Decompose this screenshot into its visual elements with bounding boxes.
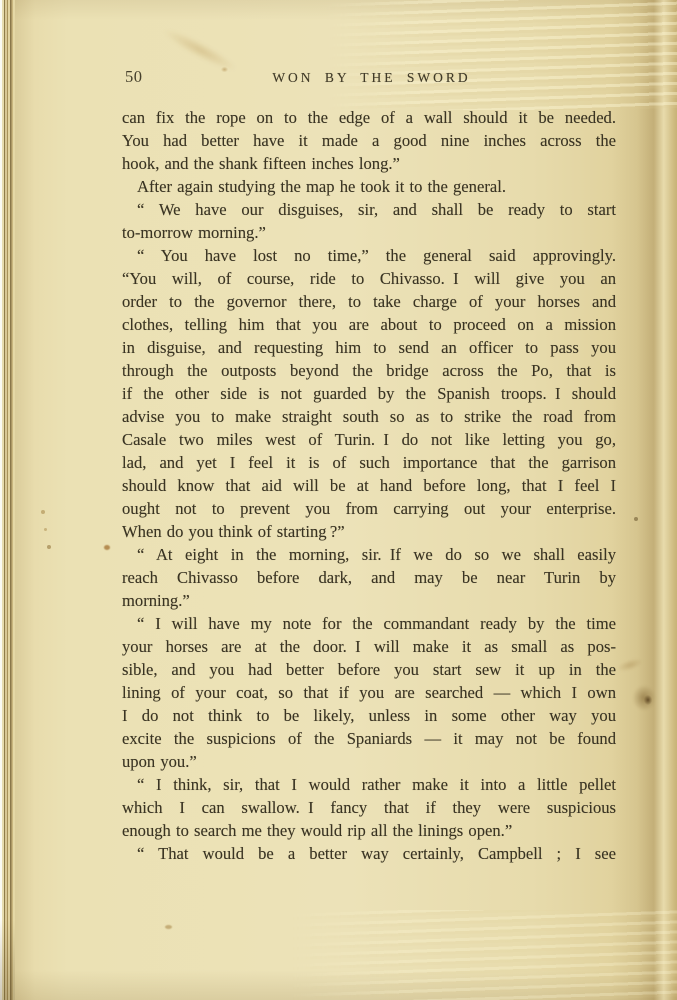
text-line: “ You have lost no time,” the general sa… <box>122 244 616 267</box>
margin-speck <box>104 545 110 550</box>
text-line: “ At eight in the morning, sir. If we do… <box>122 543 616 566</box>
text-line: advise you to make straight south so as … <box>122 405 616 428</box>
text-line: When do you think of starting ?” <box>122 520 616 543</box>
text-line: can fix the rope on to the edge of a wal… <box>122 106 616 129</box>
text-line: your horses are at the door. I will make… <box>122 635 616 658</box>
scan-streaks-bottom-right <box>290 910 677 1000</box>
margin-speck <box>634 517 638 521</box>
text-line: sible, and you had better before you sta… <box>122 658 616 681</box>
margin-speck <box>44 528 47 531</box>
text-line: which I can swallow. I fancy that if the… <box>122 796 616 819</box>
margin-speck <box>47 545 51 549</box>
book-edge-pages-left <box>0 0 15 1000</box>
text-line: reach Chivasso before dark, and may be n… <box>122 566 616 589</box>
text-line: ought not to prevent you from carrying o… <box>122 497 616 520</box>
page-surface: 50 WON BY THE SWORD can fix the rope on … <box>15 0 677 1000</box>
text-line: in disguise, and requesting him to send … <box>122 336 616 359</box>
text-line: I do not think to be likely, unless in s… <box>122 704 616 727</box>
margin-speck <box>165 925 172 929</box>
text-line: enough to search me they would rip all t… <box>122 819 616 842</box>
margin-speck <box>41 510 45 514</box>
text-block: can fix the rope on to the edge of a wal… <box>122 106 616 865</box>
text-line: Casale two miles west of Turin. I do not… <box>122 428 616 451</box>
text-line: should know that aid will be at hand bef… <box>122 474 616 497</box>
text-line: hook, and the shank fifteen inches long.… <box>122 152 616 175</box>
text-line: upon you.” <box>122 750 616 773</box>
stain-right-blotch-core <box>643 694 653 706</box>
text-line: clothes, telling him that you are about … <box>122 313 616 336</box>
text-line: excite the suspicions of the Spaniards —… <box>122 727 616 750</box>
text-line: to-morrow morning.” <box>122 221 616 244</box>
text-line: order to the governor there, to take cha… <box>122 290 616 313</box>
scan-streaks-top-right <box>325 0 677 110</box>
book-page-scan: 50 WON BY THE SWORD can fix the rope on … <box>0 0 677 1000</box>
text-line: “ That would be a better way certainly, … <box>122 842 616 865</box>
text-line: You had better have it made a good nine … <box>122 129 616 152</box>
text-line: “ I think, sir, that I would rather make… <box>122 773 616 796</box>
text-line: “ I will have my note for the commandant… <box>122 612 616 635</box>
text-line: “ We have our disguises, sir, and shall … <box>122 198 616 221</box>
text-line: through the outposts beyond the bridge a… <box>122 359 616 382</box>
running-title: WON BY THE SWORD <box>127 70 616 86</box>
text-line: morning.” <box>122 589 616 612</box>
running-head: 50 WON BY THE SWORD <box>122 66 616 90</box>
text-line: if the other side is not guarded by the … <box>122 382 616 405</box>
stain-right-smudge <box>611 653 650 677</box>
stain-right-blotch <box>628 680 660 716</box>
text-line: lining of your coat, so that if you are … <box>122 681 616 704</box>
text-line: lad, and yet I feel it is of such import… <box>122 451 616 474</box>
text-line: After again studying the map he took it … <box>122 175 616 198</box>
text-line: “You will, of course, ride to Chivasso. … <box>122 267 616 290</box>
